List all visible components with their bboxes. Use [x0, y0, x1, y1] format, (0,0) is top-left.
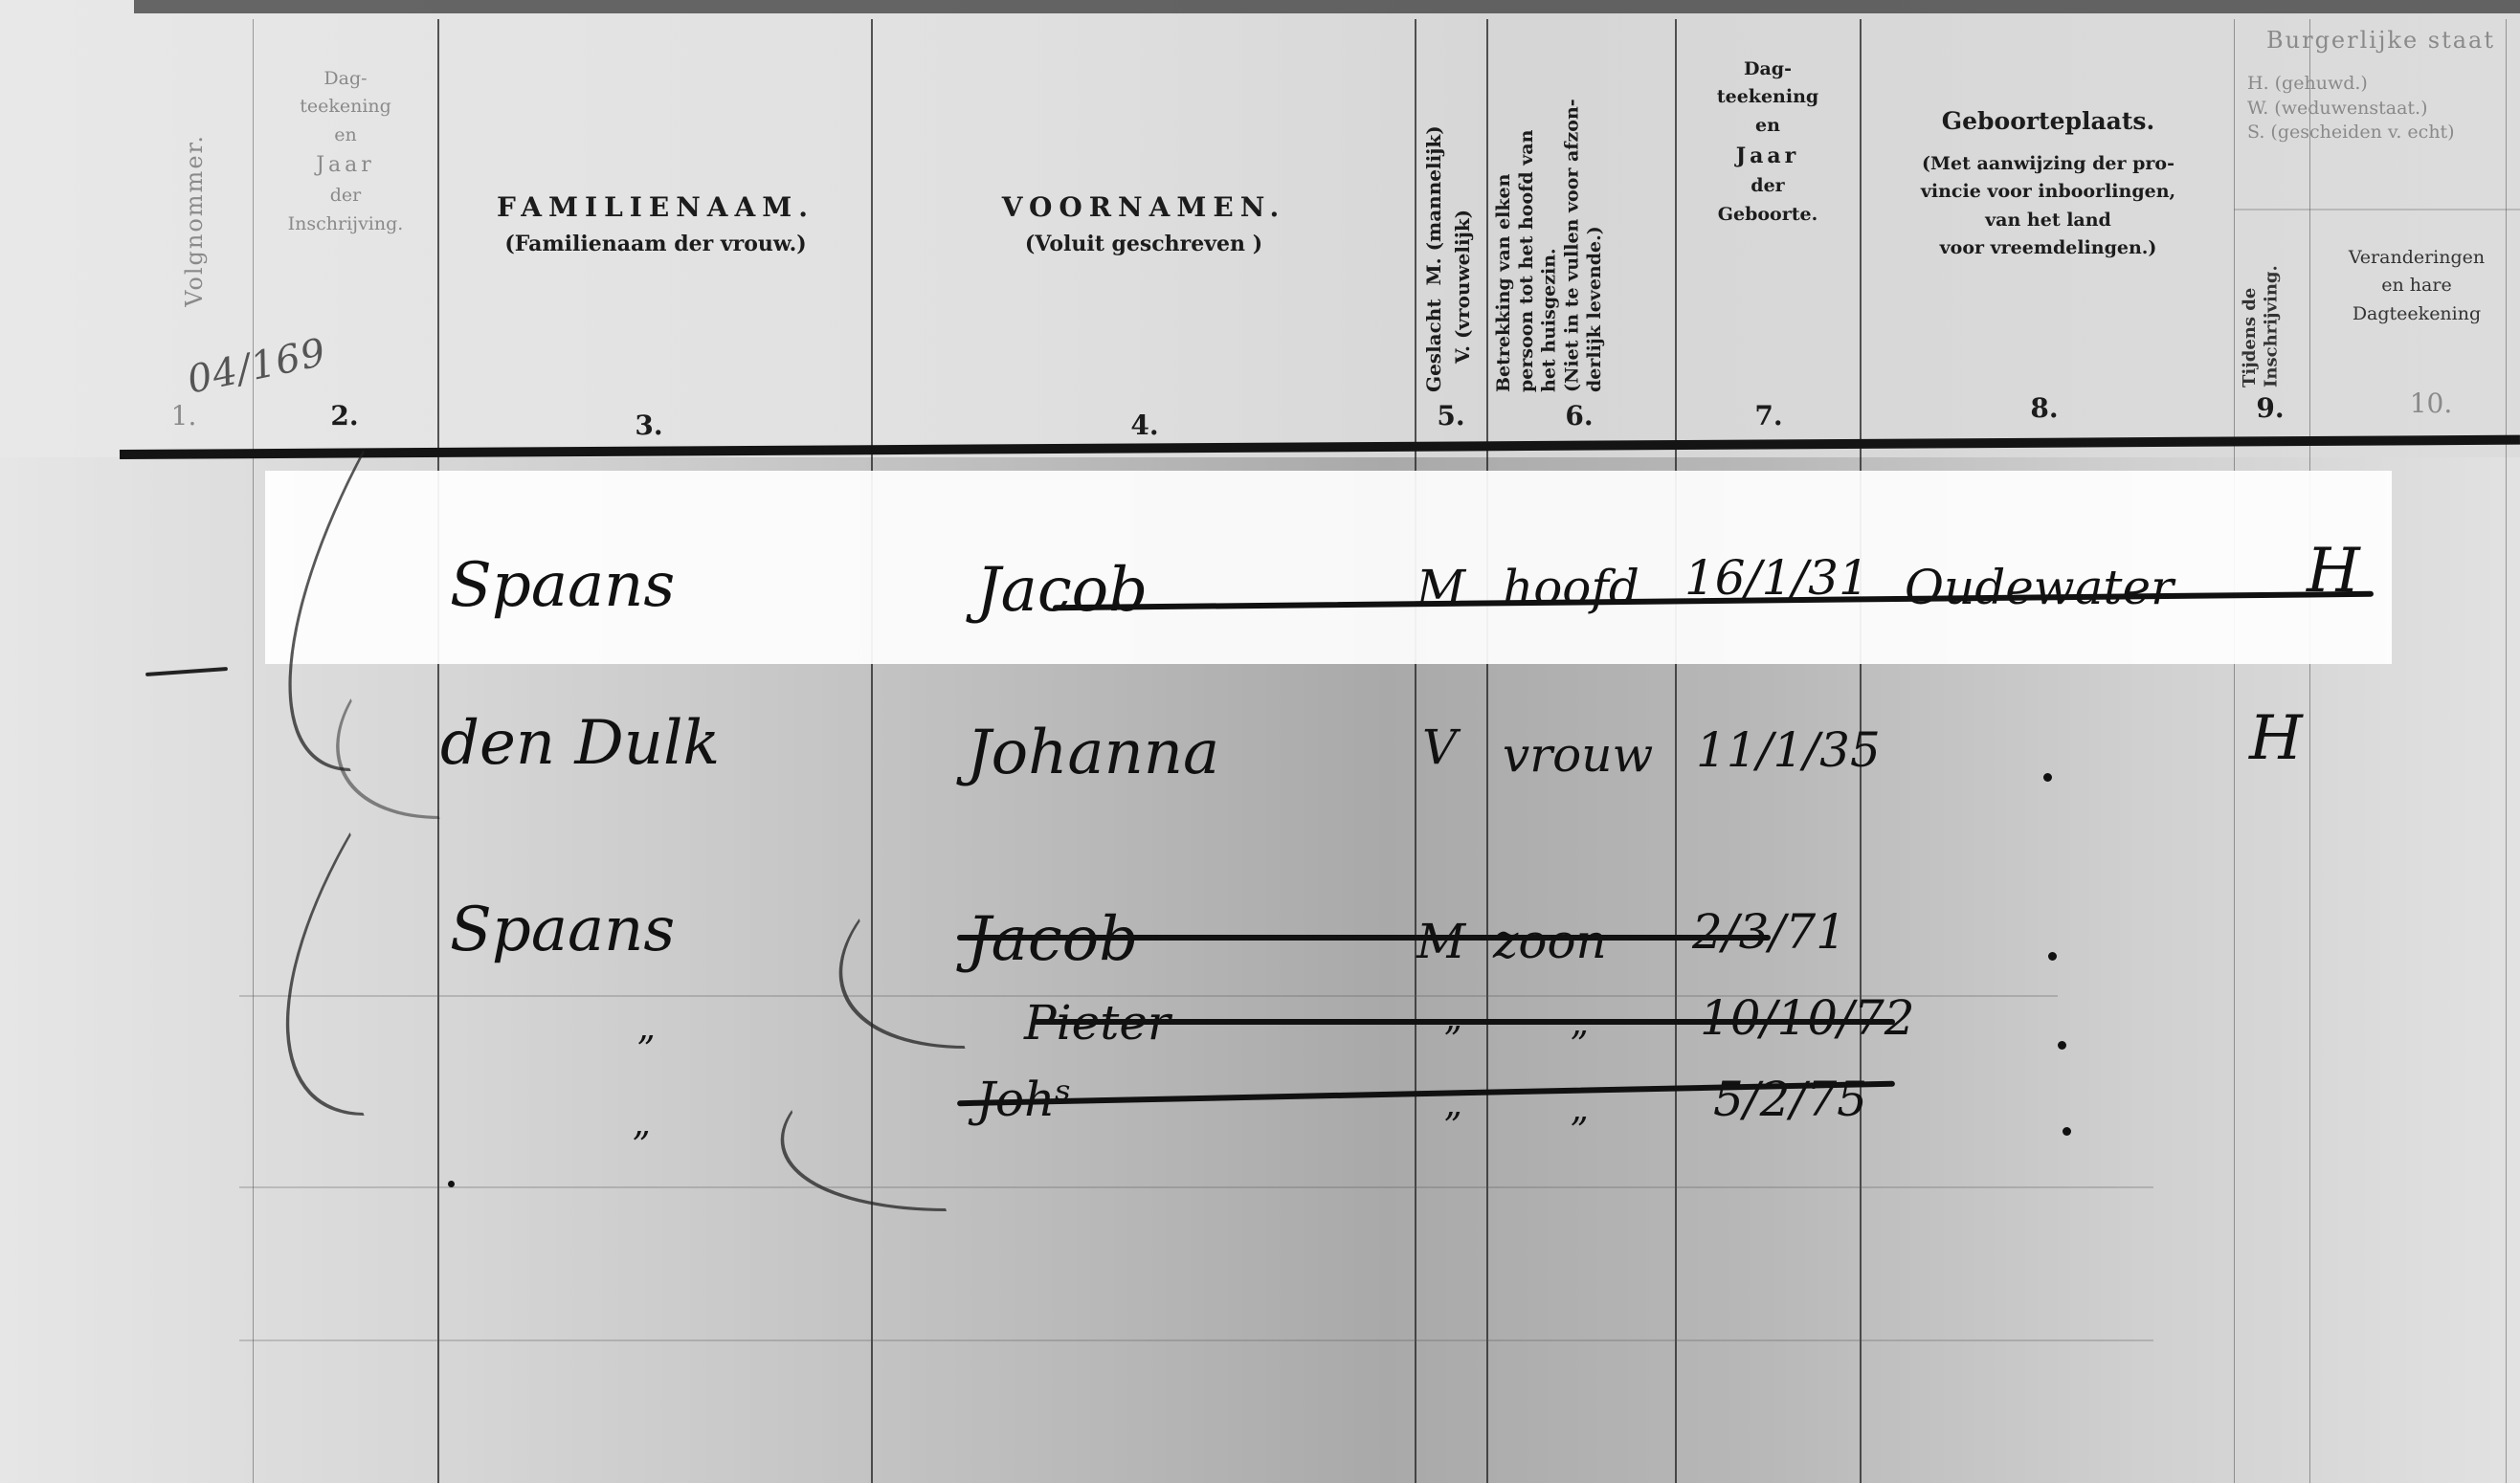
row5-betrekking-ditto: ” [1570, 1110, 1588, 1152]
legend-gescheiden: S. (gescheiden v. echt) [2247, 121, 2520, 145]
column-divider-8-9 [2234, 19, 2235, 1483]
col4-subheading: (Voluit geschreven ) [873, 228, 1415, 260]
col7-line: der [1677, 172, 1859, 200]
col2-line: teekening [256, 93, 435, 121]
col6-title: Betrekking van elken persoon tot het hoo… [1493, 29, 1607, 392]
col6-line: persoon tot het hoofd van [1516, 29, 1539, 392]
row5-geboorte: 5/2/75 [1713, 1072, 1867, 1127]
legend-gehuwd: H. (gehuwd.) [2247, 72, 2520, 97]
col8-heading: Geboorteplaats. [1862, 103, 2234, 141]
row3-geboorteplaats-ditto [2048, 952, 2057, 961]
col9-line: Inschrijving. [2262, 234, 2284, 387]
row3-geboorte: 2/3/71 [1692, 904, 1846, 960]
ruled-line [239, 1339, 2153, 1341]
col4-title: VOORNAMEN. (Voluit geschreven ) [873, 187, 1415, 260]
row5-geslacht-ditto: ” [1443, 1105, 1461, 1147]
col5-option-m: M. (mannelijk) [1422, 125, 1445, 285]
col9-line: Tijdens de [2240, 234, 2262, 387]
col7-line: Dag- [1677, 55, 1859, 83]
col9-title: Tijdens de Inschrijving. [2240, 234, 2283, 387]
col2-line: Jaar [256, 149, 435, 182]
col8-line: (Met aanwijzing der pro- [1862, 150, 2234, 178]
col10-title: Veranderingen en hare Dagteekening [2311, 244, 2520, 328]
row4-betrekking-ditto: ” [1570, 1024, 1588, 1066]
col7-line: en [1677, 112, 1859, 140]
row1-betrekking: hoofd [1503, 560, 1639, 615]
row3-betrekking: zoon [1493, 914, 1607, 969]
row2-burgerlijke-staat: H [2249, 703, 2303, 774]
col-num-1: 1. [155, 400, 212, 432]
col1-title: Volgnommer. [180, 134, 209, 307]
row3-geslacht: M [1416, 914, 1465, 969]
col5-option-v: V. (vrouwelijk) [1451, 38, 1475, 364]
col6-line: Betrekking van elken [1493, 29, 1516, 392]
col-num-2: 2. [316, 400, 373, 432]
col-num-9: 9. [2241, 392, 2299, 424]
col8-line: van het land [1862, 207, 2234, 234]
col9-group: Burgerlijke staat H. (gehuwd.) W. (weduw… [2236, 23, 2520, 145]
col-num-8: 8. [2016, 392, 2073, 424]
legend-weduwenstaat: W. (weduwenstaat.) [2247, 97, 2520, 122]
col5-heading: Geslacht [1422, 299, 1445, 392]
row2-betrekking: vrouw [1503, 727, 1653, 783]
col5-title: Geslacht M. (mannelijk) [1422, 38, 1446, 392]
row4-geboorte: 10/10/72 [1700, 990, 1915, 1046]
col6-line: derlijk levende.) [1584, 29, 1607, 392]
col2-line: Inschrijving. [256, 210, 435, 238]
column-divider-5-6 [1486, 19, 1488, 1483]
col-num-4: 4. [1116, 409, 1173, 441]
row1-geslacht: M [1416, 560, 1465, 615]
col7-line: teekening [1677, 83, 1859, 111]
col2-line: der [256, 182, 435, 210]
capital-j-flourish [768, 919, 1056, 1049]
row2-geslacht: V [1422, 719, 1457, 775]
col2-line: Dag- [256, 65, 435, 93]
col7-line: Jaar [1677, 140, 1859, 172]
register-page: Volgnommer. Dag- teekening en Jaar der I… [0, 0, 2520, 1483]
col2-line: en [256, 122, 435, 149]
row2-geboorte: 11/1/35 [1696, 722, 1881, 778]
col4-heading: VOORNAMEN. [873, 187, 1415, 228]
col-num-7: 7. [1740, 400, 1797, 432]
burgerlijke-staat-heading: Burgerlijke staat [2247, 23, 2520, 58]
row1-familienaam: Spaans [450, 550, 675, 621]
column-divider-1-2 [253, 19, 254, 1483]
col7-title: Dag- teekening en Jaar der Geboorte. [1677, 55, 1859, 229]
row2-geboorteplaats-ditto [2043, 773, 2052, 782]
col-num-5: 5. [1422, 400, 1480, 432]
top-rule [134, 0, 2520, 13]
col6-line: (Niet in te vullen voor afzon- [1561, 29, 1584, 392]
col10-line: en hare [2311, 272, 2520, 299]
margin-mark [145, 667, 228, 676]
col10-line: Dagteekening [2311, 300, 2520, 328]
row4-geslacht-ditto: ” [1443, 1019, 1461, 1061]
ruled-line [239, 1186, 2153, 1188]
burgerlijke-staat-divider [2234, 209, 2520, 210]
col7-line: Geboorte. [1677, 201, 1859, 229]
col6-line: het huisgezin. [1539, 29, 1562, 392]
col2-title: Dag- teekening en Jaar der Inschrijving. [256, 65, 435, 238]
row4-geboorteplaats-ditto [2058, 1041, 2066, 1050]
row5-geboorteplaats-ditto [2063, 1127, 2071, 1136]
row4-familienaam-ditto: ” [636, 1029, 655, 1071]
column-divider-6-7 [1675, 19, 1677, 1483]
col-num-3: 3. [620, 409, 678, 441]
row2-voornamen: Johanna [967, 718, 1219, 788]
col10-line: Veranderingen [2311, 244, 2520, 272]
col-num-6: 6. [1550, 400, 1608, 432]
row3-strikethrough [957, 935, 1771, 941]
row5-familienaam-ditto: ” [632, 1124, 650, 1166]
capital-s-flourish [187, 832, 528, 1116]
column-divider-4-5 [1415, 19, 1416, 1483]
row1-voornamen: Jacob [976, 555, 1148, 626]
col3-heading: FAMILIENAAM. [440, 187, 871, 228]
col3-subheading: (Familienaam der vrouw.) [440, 228, 871, 260]
col8-line: vincie voor inboorlingen, [1862, 178, 2234, 206]
row4-strikethrough [1034, 1019, 1895, 1025]
ink-dot [448, 1181, 455, 1187]
page-edge [2506, 19, 2507, 1483]
column-divider-9-10 [2309, 19, 2310, 1483]
capital-j-flourish [721, 1110, 1017, 1211]
col8-line: voor vreemdelingen.) [1862, 234, 2234, 262]
col8-title: Geboorteplaats. (Met aanwijzing der pro-… [1862, 103, 2234, 263]
col-num-10: 10. [2402, 387, 2460, 419]
row1-geboorteplaats: Oudewater [1905, 560, 2174, 615]
col3-title: FAMILIENAAM. (Familienaam der vrouw.) [440, 187, 871, 260]
